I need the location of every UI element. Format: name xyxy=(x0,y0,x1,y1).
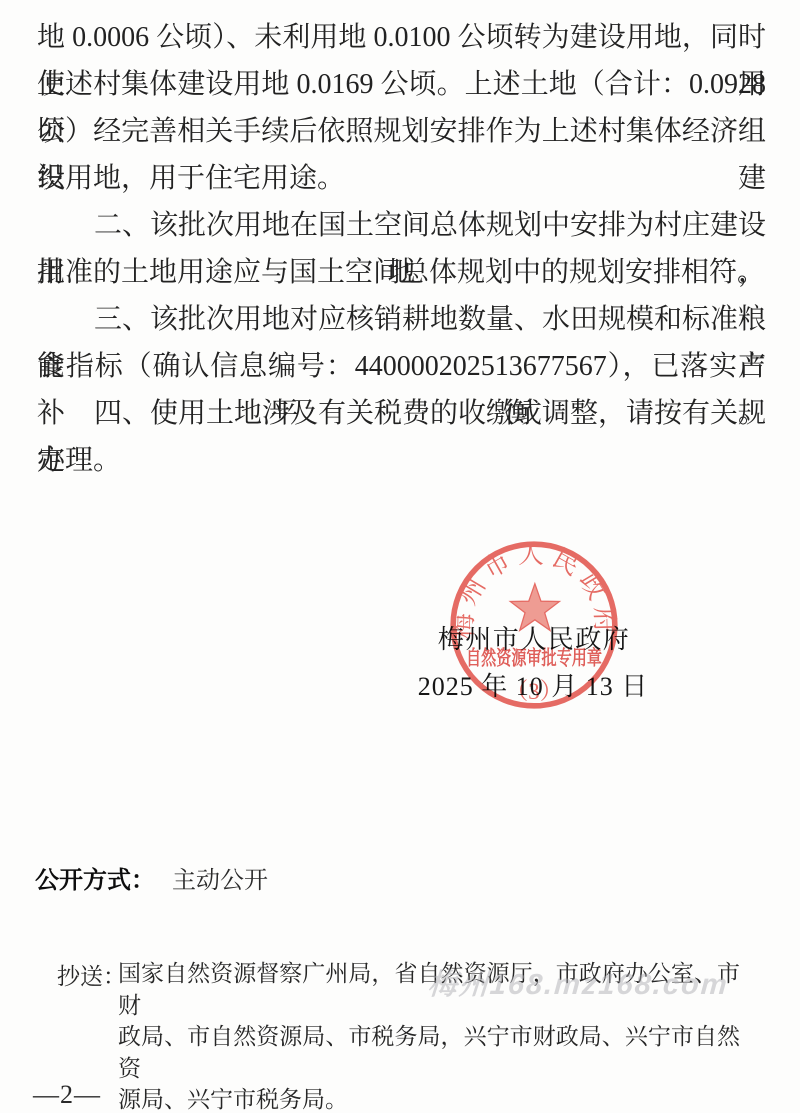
body-text-line: 二、该批次用地在国土空间总体规划中安排为村庄建设用地， xyxy=(37,202,766,249)
publicity-value: 主动公开 xyxy=(172,868,268,894)
document-page: 地 0.0006 公顷）、未利用地 0.0100 公顷转为建设用地，同时使用 上… xyxy=(0,0,800,1113)
body-text-line: 顷）经完善相关手续后依照规划安排作为上述村集体经济组织建 xyxy=(37,108,766,155)
cc-line: 国家自然资源督察广州局，省自然资源厅，市政府办公室、市财 xyxy=(118,958,740,1021)
seal-specialty-text: 自然资源审批专用章 xyxy=(466,647,602,670)
document-body: 地 0.0006 公顷）、未利用地 0.0100 公顷转为建设用地，同时使用 上… xyxy=(37,14,766,484)
publicity-label: 公开方式： xyxy=(35,867,155,894)
cc-label: 抄送： xyxy=(57,958,126,991)
body-text-line: 地 0.0006 公顷）、未利用地 0.0100 公顷转为建设用地，同时使用 xyxy=(37,14,766,61)
page-number: —2— xyxy=(33,1080,101,1110)
body-text-line: 四、使用土地涉及有关税费的收缴或调整，请按有关规定 xyxy=(37,390,766,437)
cc-line: 政局、市自然资源局、市税务局，兴宁市财政局、兴宁市自然资 xyxy=(118,1021,740,1084)
body-text-line: 能指标（确认信息编号：440000202513677567），已落实占补平衡。 xyxy=(37,343,766,390)
cc-line: 源局、兴宁市税务局。 xyxy=(118,1084,740,1113)
body-text-line: 办理。 xyxy=(37,437,766,484)
body-text-line: 上述村集体建设用地 0.0169 公顷。上述土地（合计：0.0928 公 xyxy=(37,61,766,108)
body-text-line: 批准的土地用途应与国土空间总体规划中的规划安排相符。 xyxy=(37,249,766,296)
seal-number: （3） xyxy=(505,679,563,705)
publicity-row: 公开方式：主动公开 xyxy=(35,860,268,895)
official-seal: 梅州市人民政府 自然资源审批专用章 （3） xyxy=(448,539,620,711)
cc-list: 国家自然资源督察广州局，省自然资源厅，市政府办公室、市财 政局、市自然资源局、市… xyxy=(118,958,740,1113)
body-text-line: 三、该批次用地对应核销耕地数量、水田规模和标准粮食产 xyxy=(37,296,766,343)
seal-star-icon xyxy=(510,584,559,631)
